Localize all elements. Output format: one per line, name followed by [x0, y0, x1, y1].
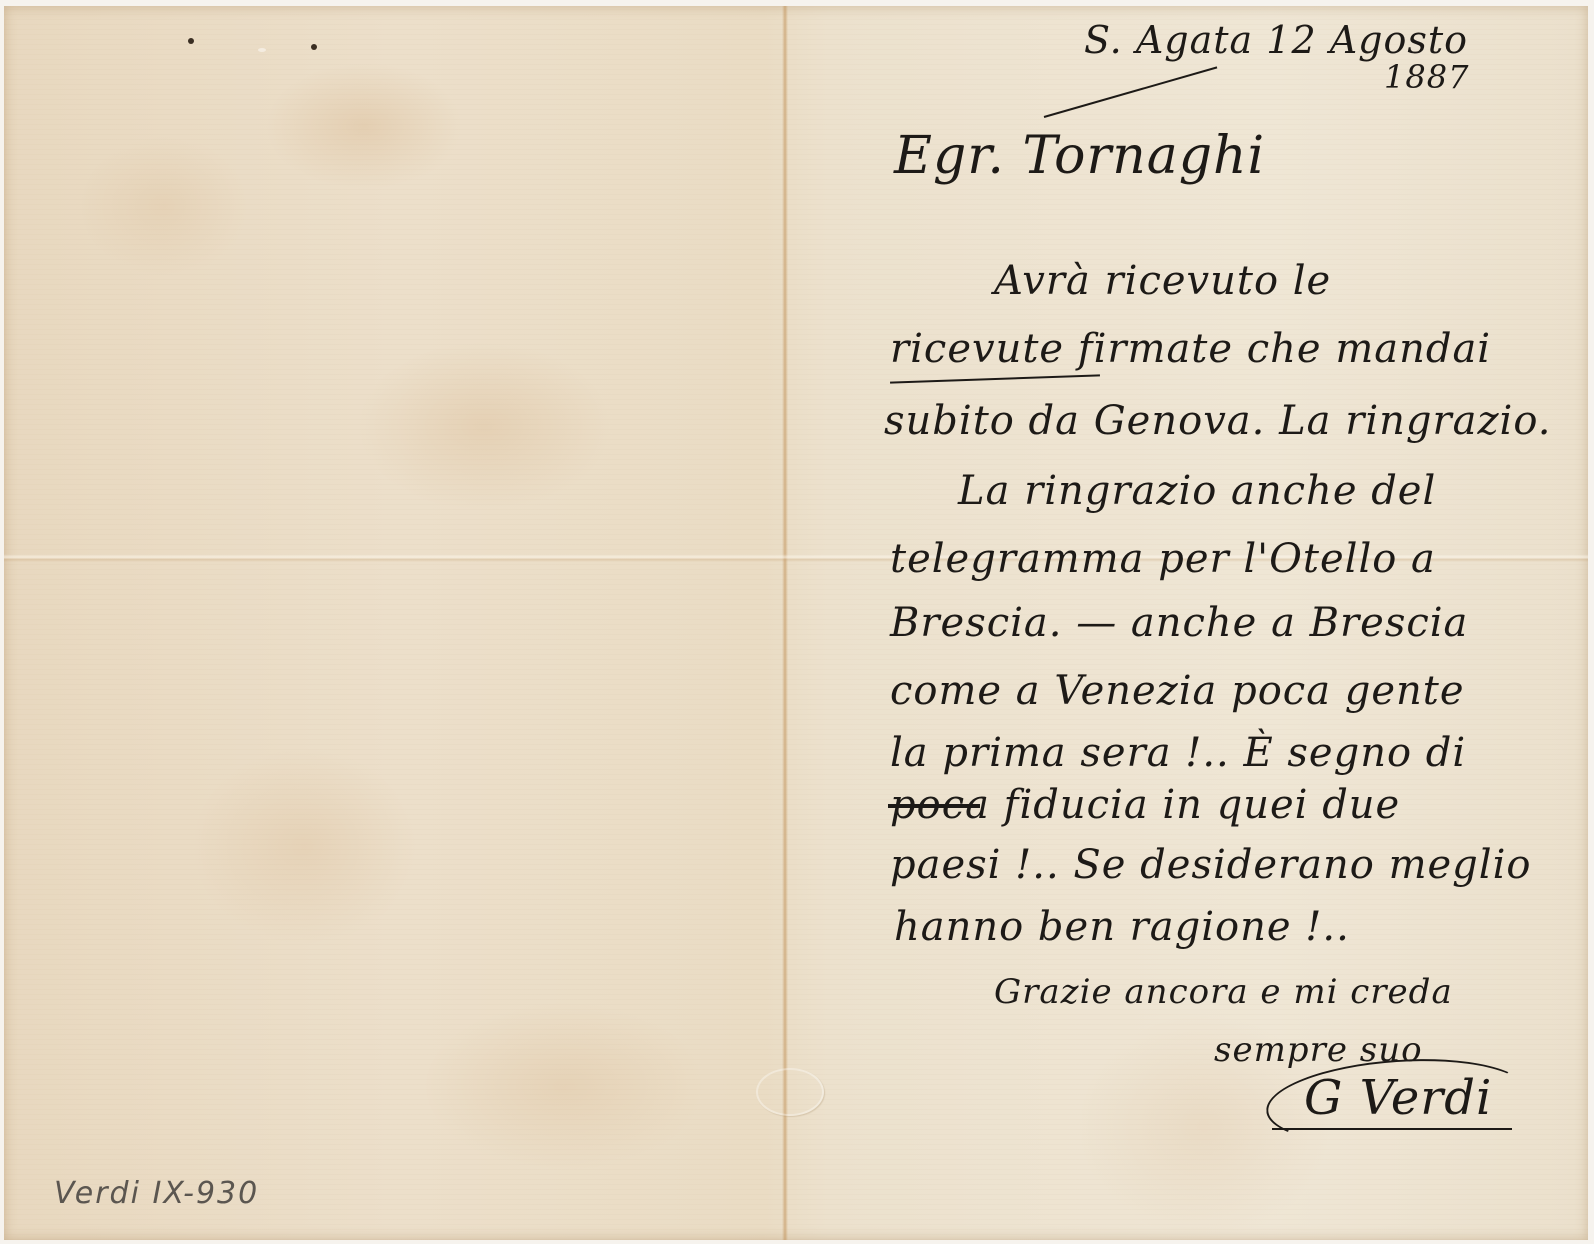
strikethrough-mark: [888, 804, 980, 808]
archive-note: Verdi IX-930: [54, 1176, 259, 1211]
body-line: hanno ben ragione !..: [894, 904, 1350, 950]
pin-hole: [258, 48, 266, 52]
body-line: ricevute firmate che mandai: [890, 326, 1491, 372]
pin-hole: [311, 44, 317, 50]
body-line: paesi !.. Se desiderano meglio: [890, 842, 1531, 888]
body-line: La ringrazio anche del: [958, 468, 1436, 514]
pin-hole: [188, 38, 194, 44]
body-line: la prima sera !.. È segno di: [890, 730, 1466, 776]
letter-sheet: Verdi IX-930 S. Agata 12 Agosto 1887 Egr…: [4, 6, 1588, 1240]
left-leaf: Verdi IX-930: [4, 6, 786, 1240]
body-line: telegramma per l'Otello a: [890, 536, 1436, 582]
signature: G Verdi: [1304, 1070, 1492, 1126]
body-line: Avrà ricevuto le: [994, 258, 1331, 304]
place-date: S. Agata 12 Agosto: [1084, 18, 1468, 62]
closing-line: Grazie ancora e mi creda: [994, 972, 1453, 1012]
salutation: Egr. Tornaghi: [894, 126, 1265, 186]
letter-year: 1887: [1384, 58, 1469, 96]
body-line: Brescia. — anche a Brescia: [890, 600, 1468, 646]
body-line: subito da Genova. La ringrazio.: [884, 398, 1551, 444]
body-line: come a Venezia poca gente: [890, 668, 1465, 714]
signature-underline: [1272, 1128, 1512, 1130]
